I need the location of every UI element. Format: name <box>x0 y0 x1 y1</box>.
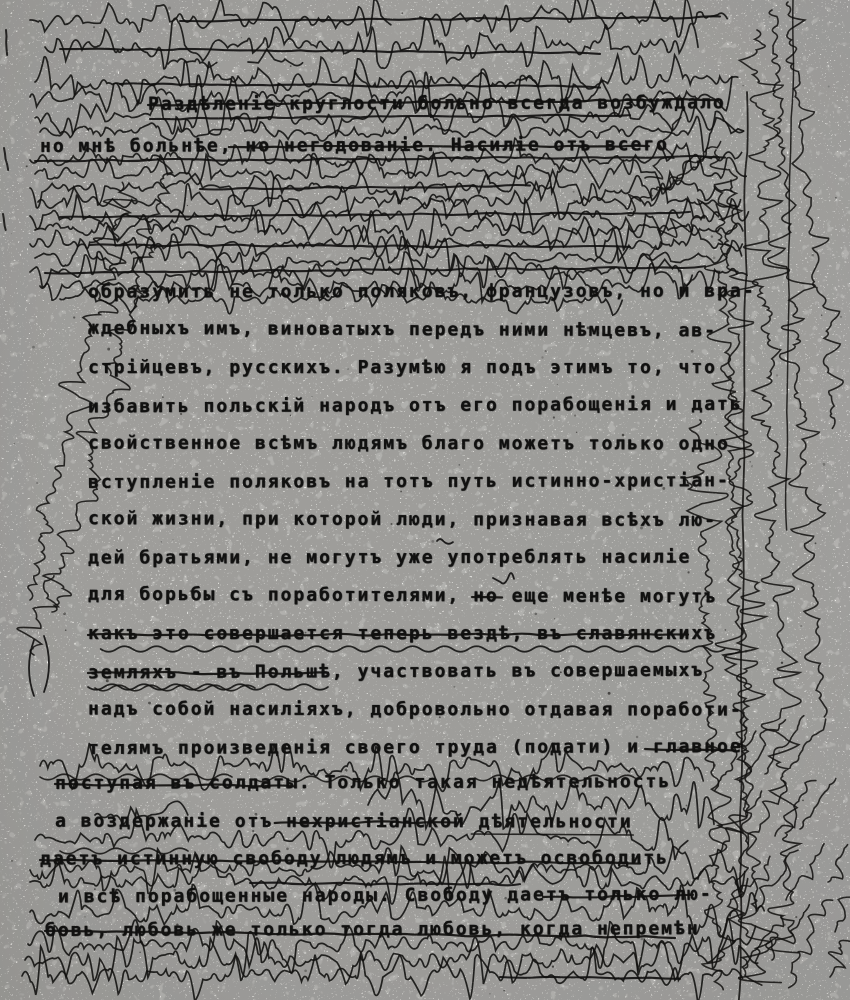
typed-line: ждебныхъ имъ, виноватыхъ передъ ними нѣм… <box>88 316 717 345</box>
typed-line: даетъ истинную свободу людямъ и можетъ о… <box>40 846 669 873</box>
typed-line: стрійцевъ, русскихъ. Разумѣю я подъ этим… <box>88 355 717 381</box>
typed-line: ской жизни, при которой люди, признавая … <box>88 506 717 534</box>
typed-line: и всѣ порабощенные народы. Свободу даетъ… <box>58 882 713 911</box>
typed-line: надъ собой насиліяхъ, добровольно отдава… <box>88 697 743 724</box>
typed-line: избавить польскій народъ отъ его порабощ… <box>88 392 743 421</box>
typed-line: какъ это совершается теперь вездѣ, въ сл… <box>88 621 717 647</box>
typed-line: бовь, любовь же только тогда любовь, ког… <box>45 916 700 944</box>
typewritten-text-layer: Раздѣленіе круглости больно всегда возбу… <box>0 0 850 1000</box>
typed-line: земляхъ - въ Польшѣ, участвовать въ сове… <box>88 658 704 687</box>
typed-line: для борьбы съ поработителями, но еще мен… <box>88 582 717 611</box>
typed-line: вступленіе поляковъ на тотъ путь истинно… <box>88 468 730 496</box>
manuscript-page: Раздѣленіе круглости больно всегда возбу… <box>0 0 850 1000</box>
typed-line: телямъ произведенія своего труда (подати… <box>88 734 743 762</box>
typed-line: поступая въ солдаты. Только такая недѣят… <box>55 769 671 797</box>
typed-line: свойственное всѣмъ людямъ благо можетъ т… <box>88 431 730 458</box>
typed-line: образумить не только поляковъ, французов… <box>88 279 756 306</box>
typed-line: Раздѣленіе круглости больно всегда возбу… <box>148 90 726 118</box>
typed-line: дей братьями, не могутъ уже употреблять … <box>88 545 691 572</box>
typed-line: а воздержаніе отъ нехристіанской дѣятель… <box>55 809 633 836</box>
typed-line: но мнѣ больнѣе, но негодованіе. Насиліе … <box>40 132 669 160</box>
